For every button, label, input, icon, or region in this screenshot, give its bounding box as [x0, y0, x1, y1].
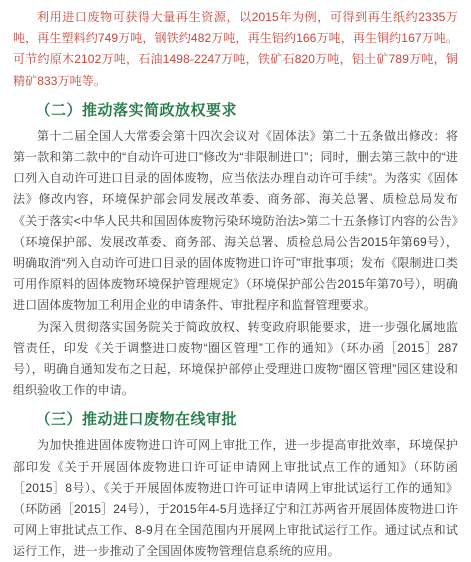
paragraph-circle-zone-management: 为深入贯彻落实国务院关于简政放权、转变政府职能要求，进一步强化属地监管责任，印发…: [13, 317, 458, 402]
paragraph-solid-waste-law-amendment: 第十二届全国人大常委会第十四次会议对《固体法》第二十五条做出修改：将第一款和第二…: [13, 126, 458, 317]
document-body: 利用进口废物可获得大量再生资源，以2015年为例，可得到再生纸约2335万吨，再…: [13, 7, 458, 562]
paragraph-online-approval-pilot: 为加快推进固体废物进口许可网上审批工作，进一步提高审批效率，环境保护部印发《关于…: [13, 435, 458, 562]
section-heading-2-simplify-administration: （二）推动落实简政放权要求: [13, 100, 458, 121]
highlight-paragraph-recycled-resources: 利用进口废物可获得大量再生资源，以2015年为例，可得到再生纸约2335万吨，再…: [13, 7, 458, 92]
document-page: 利用进口废物可获得大量再生资源，以2015年为例，可得到再生纸约2335万吨，再…: [0, 0, 471, 562]
section-heading-3-online-approval: （三）推动进口废物在线审批: [13, 409, 458, 430]
